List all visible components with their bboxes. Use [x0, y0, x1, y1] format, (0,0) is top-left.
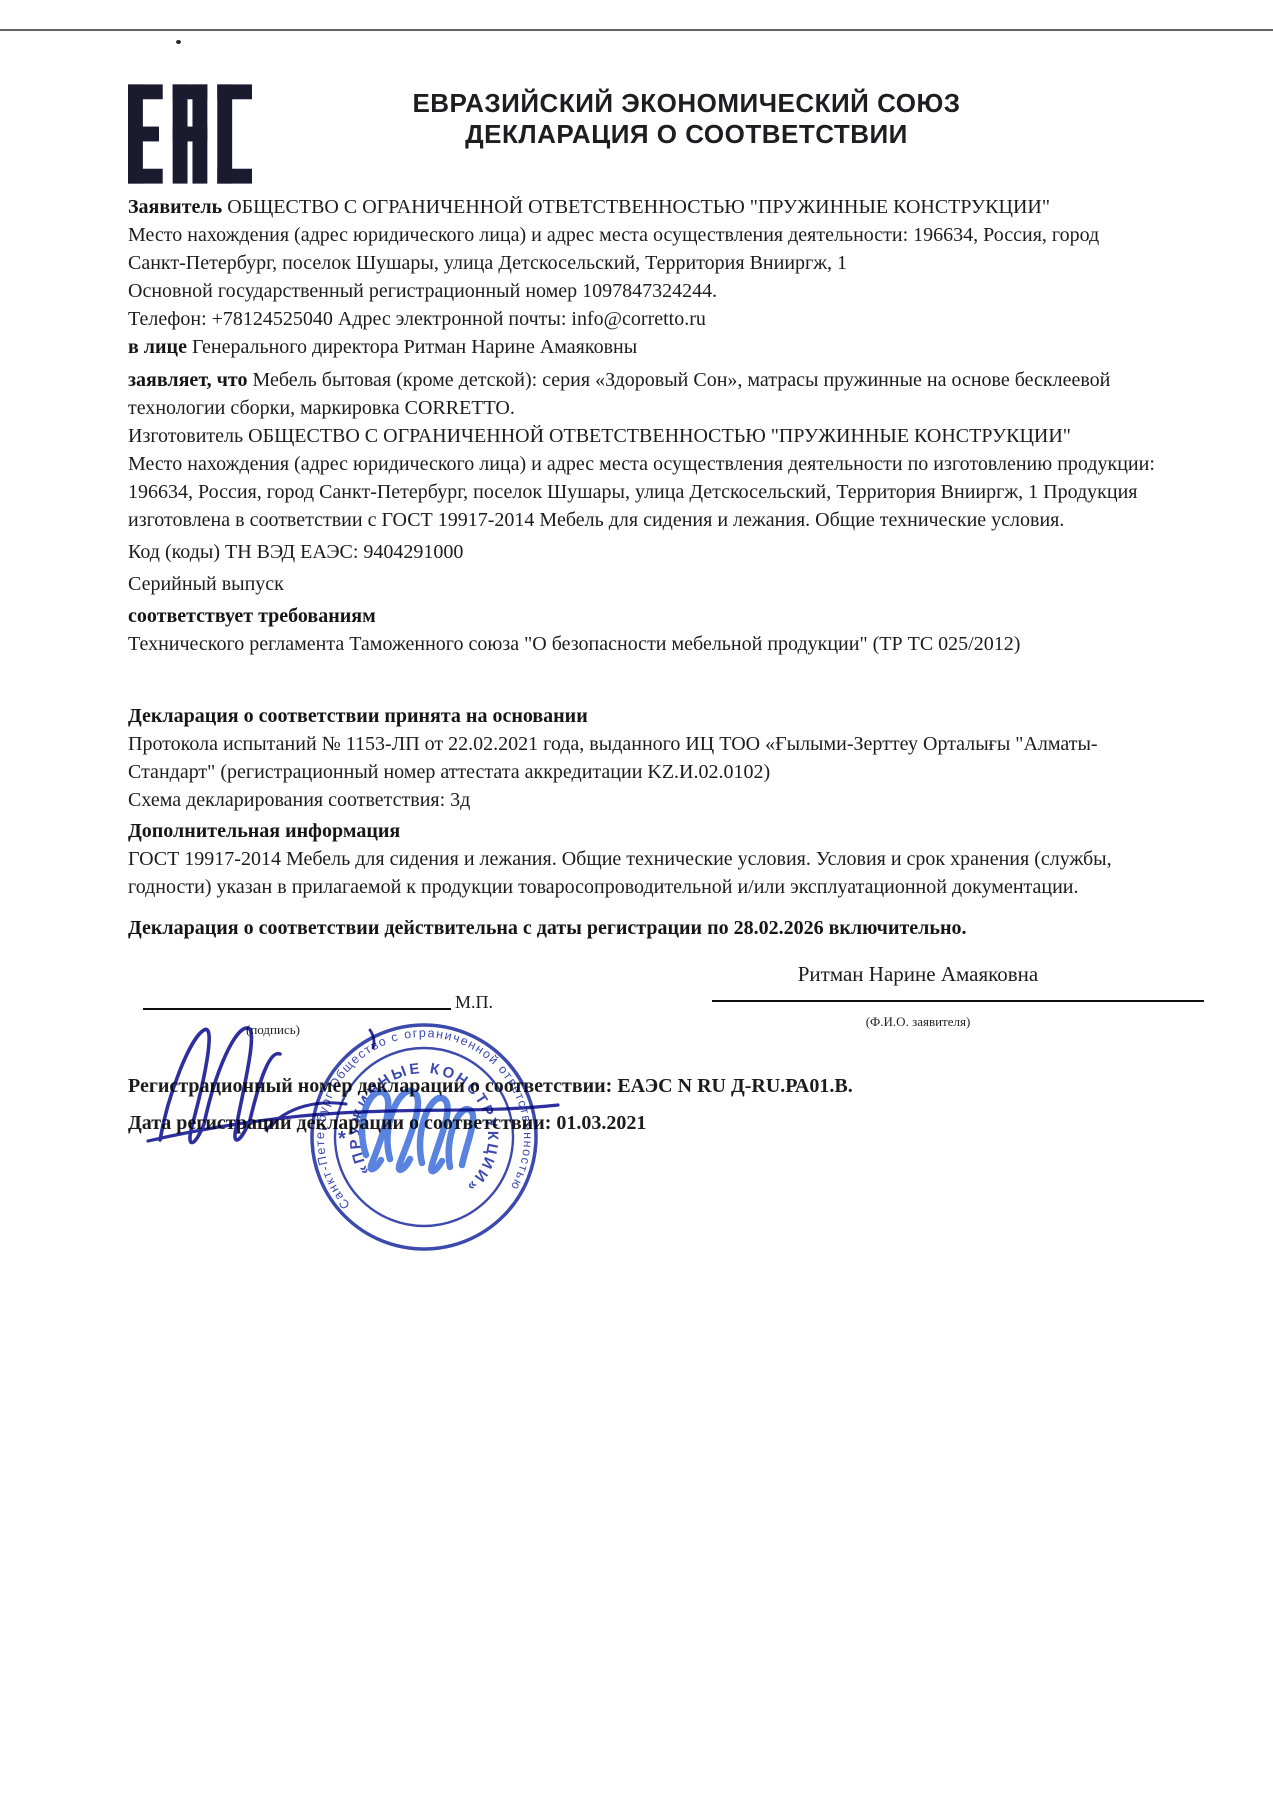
complies-label: соответствует требованиям: [128, 602, 1160, 630]
fullname-line: [712, 1000, 1204, 1002]
basis-label: Декларация о соответствии принята на осн…: [128, 702, 1160, 730]
signature-caption: (подпись): [246, 1016, 300, 1044]
ogrn-line: Основной государственный регистрационный…: [128, 277, 1160, 305]
document-body: Заявитель ОБЩЕСТВО С ОГРАНИЧЕННОЙ ОТВЕТС…: [128, 193, 1160, 1137]
additional-label: Дополнительная информация: [128, 817, 1160, 845]
applicant-label: Заявитель: [128, 196, 227, 218]
manufacturer-address: Место нахождения (адрес юридического лиц…: [128, 450, 1160, 534]
manufacturer-label: Изготовитель: [128, 425, 248, 447]
fullname-caption: (Ф.И.О. заявителя): [688, 1008, 1148, 1036]
stamp-place-label: М.П.: [455, 988, 493, 1016]
additional-text: ГОСТ 19917-2014 Мебель для сидения и леж…: [128, 845, 1160, 901]
declares-label: заявляет, что: [128, 369, 252, 391]
tnved-line: Код (коды) ТН ВЭД ЕАЭС: 9404291000: [128, 538, 1160, 566]
in-person-text: Генерального директора Ритман Нарине Ама…: [192, 336, 637, 358]
applicant-line: Заявитель ОБЩЕСТВО С ОГРАНИЧЕННОЙ ОТВЕТС…: [128, 193, 1160, 221]
declares-text: Мебель бытовая (кроме детской): серия «З…: [128, 369, 1110, 419]
applicant-fullname: Ритман Нарине Амаяковна: [688, 960, 1148, 988]
serial-line: Серийный выпуск: [128, 570, 1160, 598]
scan-artifact-dot: [176, 40, 181, 44]
basis-text: Протокола испытаний № 1153-ЛП от 22.02.2…: [128, 730, 1160, 786]
document-title-block: ЕВРАЗИЙСКИЙ ЭКОНОМИЧЕСКИЙ СОЮЗ ДЕКЛАРАЦИ…: [160, 88, 1213, 150]
scheme-line: Схема декларирования соответствия: 3д: [128, 786, 1160, 814]
signature-line: [143, 1008, 451, 1010]
manufacturer-line: Изготовитель ОБЩЕСТВО С ОГРАНИЧЕННОЙ ОТВ…: [128, 422, 1160, 450]
registration-date-line: Дата регистрации декларации о соответств…: [128, 1109, 1160, 1137]
applicant-name: ОБЩЕСТВО С ОГРАНИЧЕННОЙ ОТВЕТСТВЕННОСТЬЮ…: [227, 196, 1050, 218]
complies-text: Технического регламента Таможенного союз…: [128, 630, 1160, 658]
declaration-document: ЕВРАЗИЙСКИЙ ЭКОНОМИЧЕСКИЙ СОЮЗ ДЕКЛАРАЦИ…: [0, 0, 1273, 1800]
manufacturer-name: ОБЩЕСТВО С ОГРАНИЧЕННОЙ ОТВЕТСТВЕННОСТЬЮ…: [248, 425, 1071, 447]
registration-number-line: Регистрационный номер декларации о соотв…: [128, 1072, 1160, 1100]
validity-line: Декларация о соответствии действительна …: [128, 914, 1160, 942]
scan-artifact-line: [0, 29, 1273, 31]
contacts-line: Телефон: +78124525040 Адрес электронной …: [128, 305, 1160, 333]
document-title: ДЕКЛАРАЦИЯ О СООТВЕТСТВИИ: [160, 119, 1213, 150]
in-person-line: в лице Генерального директора Ритман Нар…: [128, 333, 1160, 361]
declares-line: заявляет, что Мебель бытовая (кроме детс…: [128, 366, 1160, 422]
signature-block: (подпись) М.П. Ритман Нарине Амаяковна (…: [128, 942, 1160, 1072]
in-person-label: в лице: [128, 336, 192, 358]
applicant-address: Место нахождения (адрес юридического лиц…: [128, 221, 1160, 277]
union-title: ЕВРАЗИЙСКИЙ ЭКОНОМИЧЕСКИЙ СОЮЗ: [160, 88, 1213, 119]
